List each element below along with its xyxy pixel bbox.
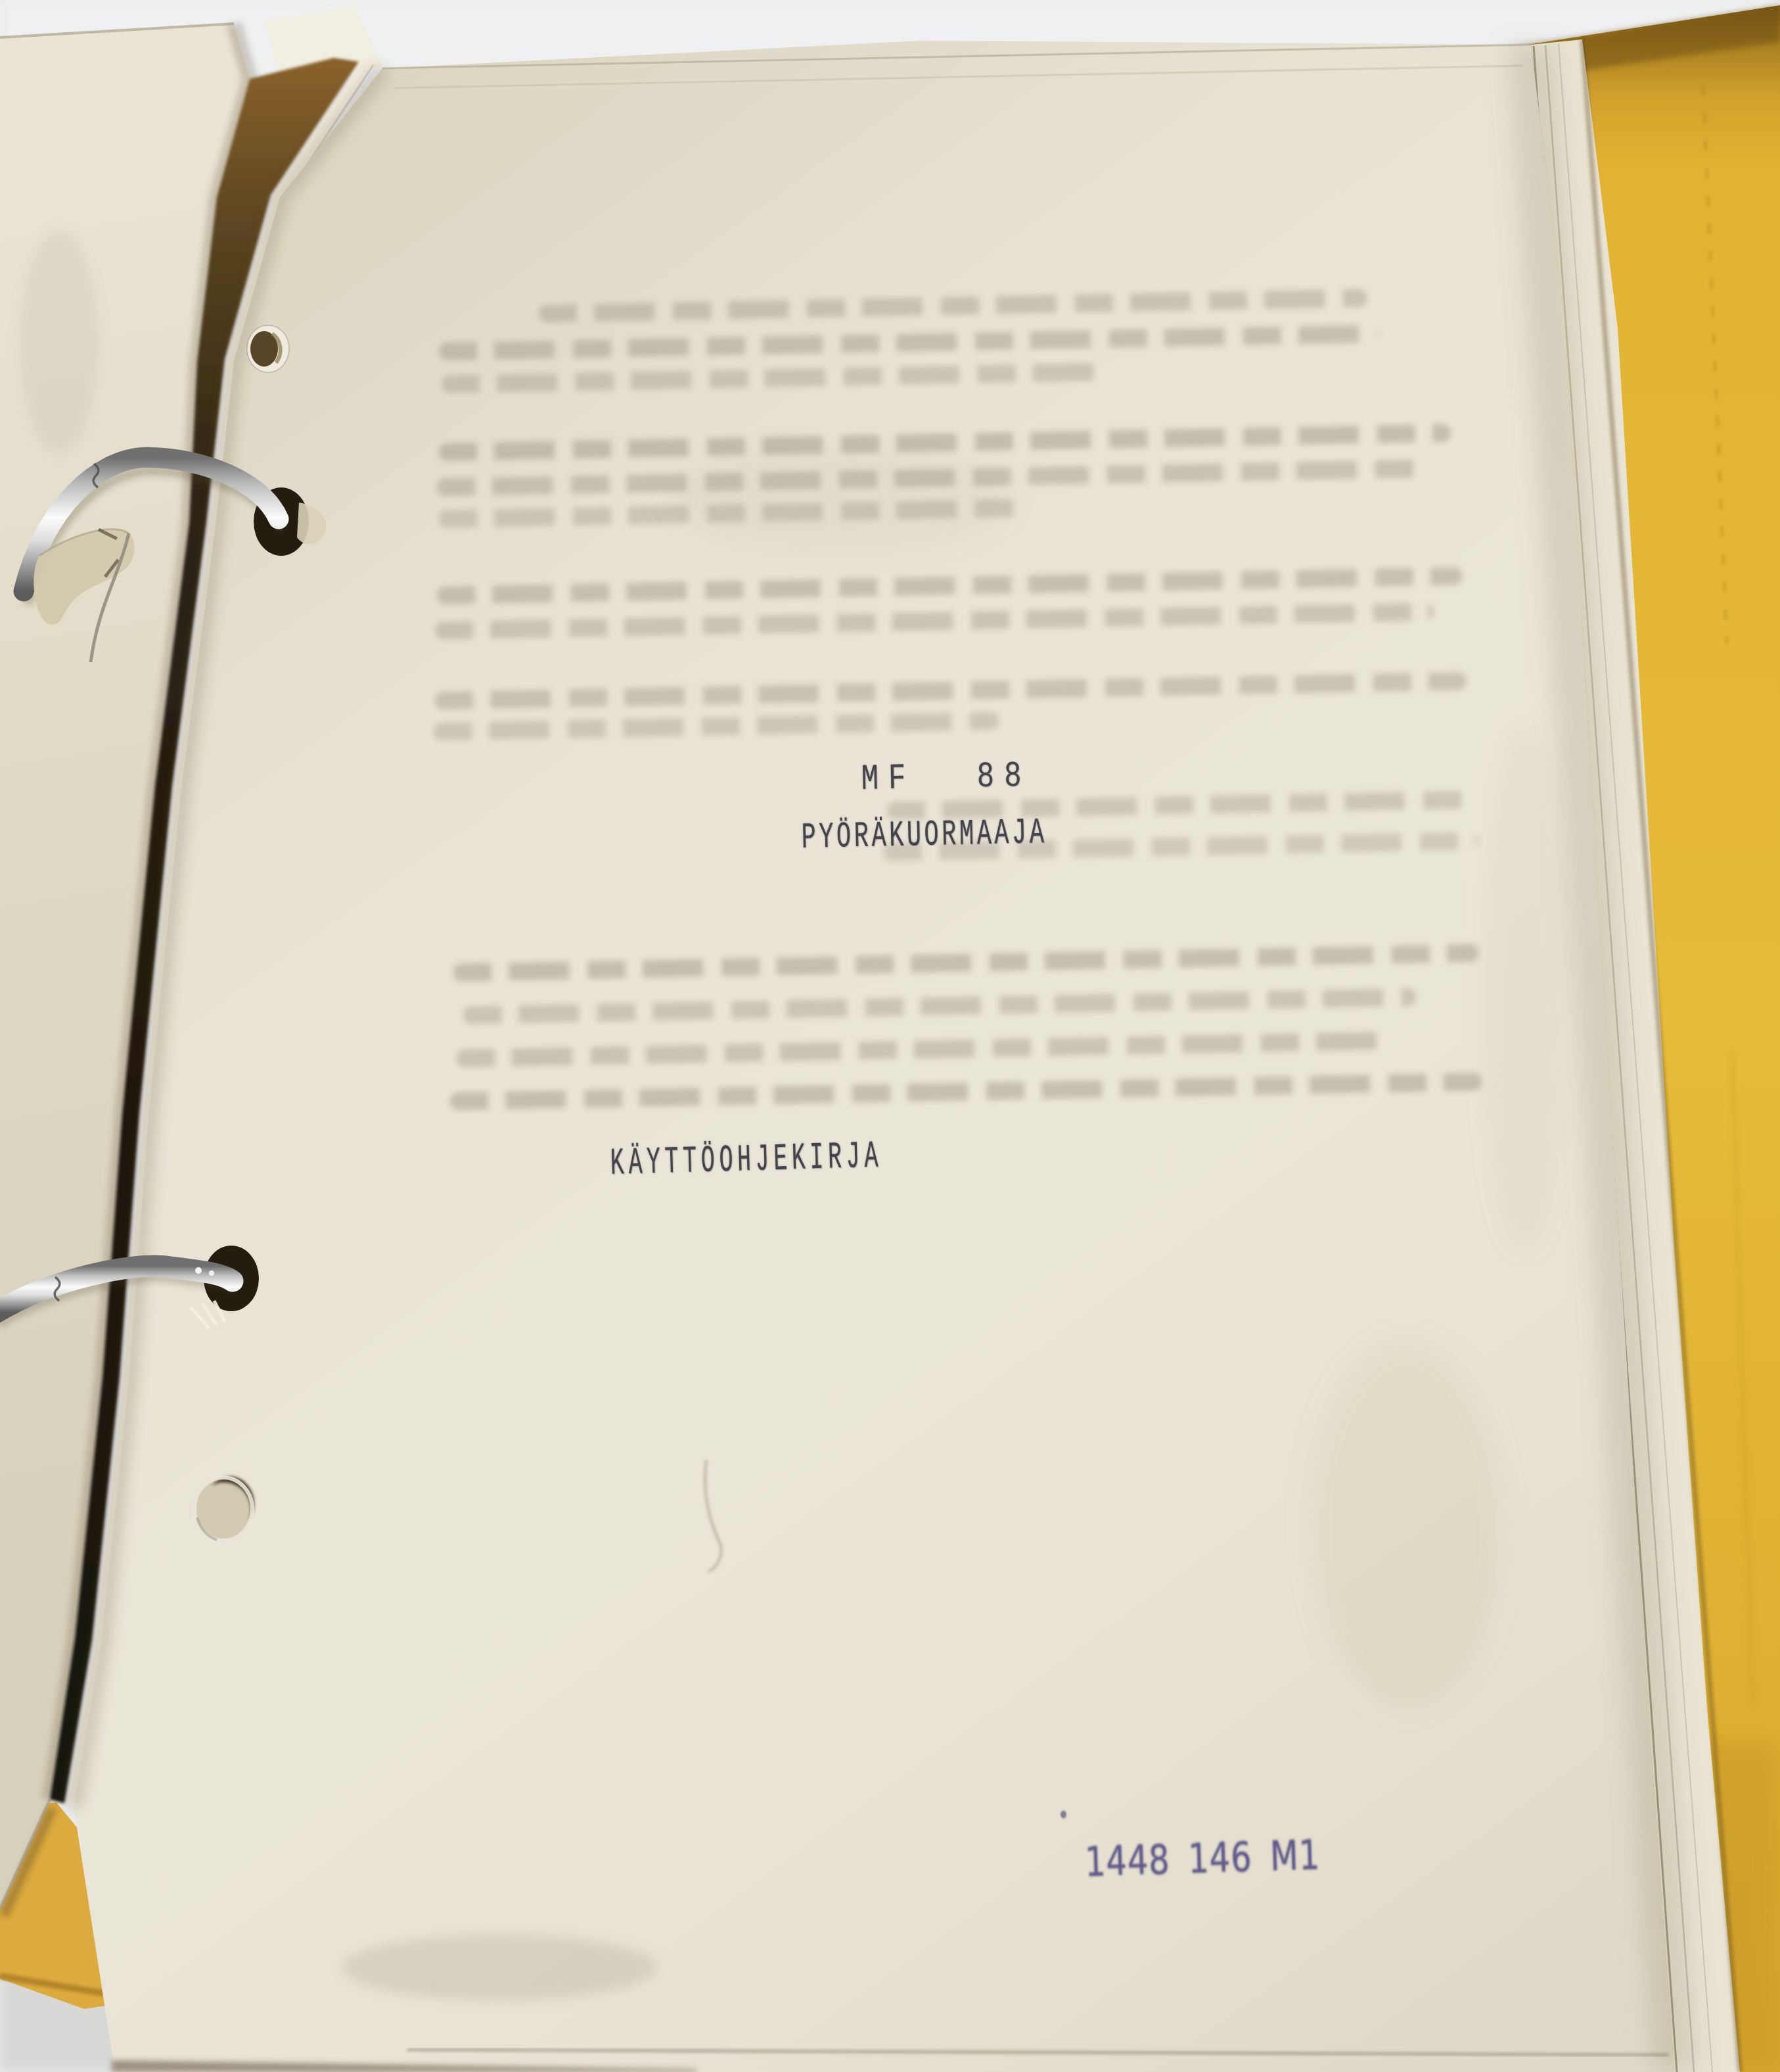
punch-hole-empty [194, 1476, 254, 1541]
document-title-text: KÄYTTÖOHJEKIRJA [610, 1135, 883, 1186]
machine-type-text: PYÖRÄKUORMAAJA [801, 813, 1047, 859]
binder-photo: MF 88 PYÖRÄKUORMAAJA KÄYTTÖOHJEKIRJA 144… [0, 0, 1780, 2072]
punch-hole-top [247, 325, 289, 372]
ink-dot [1061, 1811, 1066, 1818]
part-number-stamp: 1448 146 M1 [1084, 1831, 1321, 1886]
model-text: MF 88 [861, 756, 1032, 801]
